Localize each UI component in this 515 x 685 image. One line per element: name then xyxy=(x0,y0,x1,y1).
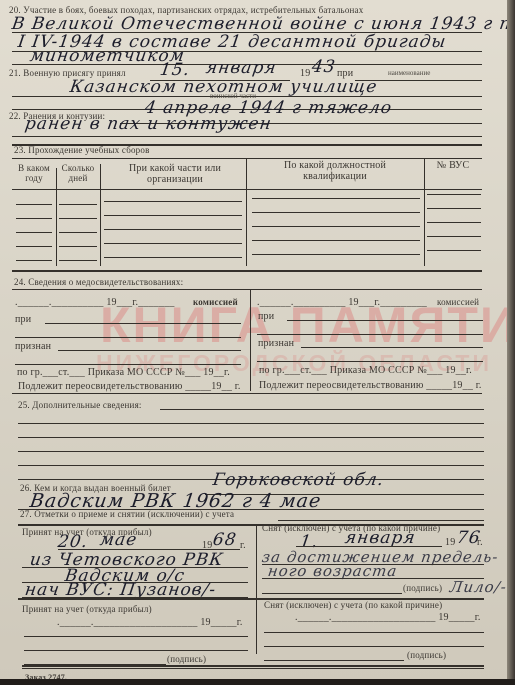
removed-1-month: января xyxy=(344,528,417,548)
rule xyxy=(24,650,248,651)
rule xyxy=(58,350,241,351)
removed-2-signature-label: (подпись) xyxy=(407,650,446,660)
removed-2-date: .______.____________________ 19_____г. xyxy=(295,612,481,623)
rule xyxy=(18,465,484,466)
removed-1-signature-label: (подпись) xyxy=(403,583,442,593)
med-right-recognized: признан xyxy=(258,338,294,349)
removed-1-year-label: г. xyxy=(477,537,483,548)
rule xyxy=(45,323,241,324)
rule xyxy=(59,246,97,247)
rule xyxy=(59,204,97,205)
med-left-at: при xyxy=(15,314,31,325)
section-23-label: 23. Прохождение учебных сборов xyxy=(14,145,150,155)
rule xyxy=(16,218,52,219)
ticket-issuer-line-1: Горьковской обл. xyxy=(212,470,386,490)
col-divider xyxy=(424,158,425,266)
rule xyxy=(252,212,420,213)
rule xyxy=(59,218,97,219)
section-20-line-1: В Великой Отечественной войне с июня 194… xyxy=(11,14,507,34)
caption-name: наименование xyxy=(388,69,430,77)
rule xyxy=(257,361,483,362)
rule xyxy=(427,236,481,237)
med-right-order: по гр.___ст.___ Приказа МО СССР №___ 19_… xyxy=(259,365,472,376)
med-left-date: .______.__________ 19___г._______ xyxy=(15,297,175,308)
rule xyxy=(264,646,484,647)
col-year: В каком году xyxy=(12,163,56,183)
med-right-commission: комиссией xyxy=(437,297,479,307)
rule xyxy=(427,208,481,209)
med-right-date: .______.__________ 19___г._________ xyxy=(257,297,427,308)
accepted-1-year-label: г. xyxy=(240,540,246,551)
rule xyxy=(427,250,481,251)
page-edge-right xyxy=(507,0,515,685)
col-unit: При какой части или организации xyxy=(110,163,240,185)
med-left-order: по гр.___ст.___ Приказа МО СССР №___ 19_… xyxy=(17,367,230,378)
section-25-label: 25. Дополнительные сведения: xyxy=(18,400,142,410)
col-divider xyxy=(100,164,101,266)
accepted-1-month: мае xyxy=(99,530,139,550)
rule xyxy=(18,423,484,424)
med-left-recognized: признан xyxy=(15,341,51,352)
rule xyxy=(104,229,242,230)
military-record-page: КНИГА ПАМЯТИ НИЖЕГОРОДСКОЙ ОБЛАСТИ 20. У… xyxy=(0,0,507,685)
rule xyxy=(18,451,484,452)
section-24-label: 24. Сведения о медосвидетельствованиях: xyxy=(14,277,183,287)
rule xyxy=(252,226,420,227)
accepted-1-year-suffix: 68 xyxy=(212,530,238,550)
rule xyxy=(104,257,242,258)
rule xyxy=(12,136,482,137)
section-27-label: 27. Отметки о приеме и снятии (исключени… xyxy=(20,509,234,519)
rule xyxy=(264,660,404,661)
oath-year-suffix: 43 xyxy=(311,57,337,77)
rule xyxy=(12,393,482,394)
removed-1-signature: Лило/- xyxy=(449,578,507,596)
accepted-2-label: Принят на учет (откуда прибыл) xyxy=(22,604,152,614)
column-divider xyxy=(256,524,257,654)
rule xyxy=(262,593,402,594)
wounds-line-2: ранен в пах и контужен xyxy=(24,114,274,134)
rule xyxy=(15,337,241,338)
rule xyxy=(16,246,52,247)
column-divider xyxy=(250,289,251,391)
oath-month: января xyxy=(205,58,278,78)
rule xyxy=(16,204,52,205)
rule xyxy=(104,201,242,202)
rule xyxy=(24,636,248,637)
accepted-2-signature-label: (подпись) xyxy=(167,654,206,664)
col-divider xyxy=(56,168,57,266)
rule xyxy=(15,364,241,365)
col-days: Сколько дней xyxy=(57,163,99,183)
col-divider xyxy=(246,158,247,266)
rule xyxy=(22,665,484,667)
rule xyxy=(264,632,484,633)
rule xyxy=(278,520,484,521)
rule xyxy=(287,320,483,321)
rule xyxy=(252,240,420,241)
rule xyxy=(252,198,420,199)
rule xyxy=(160,409,484,410)
col-qualification: По какой должностной квалификации xyxy=(260,160,410,182)
rule xyxy=(59,260,97,261)
med-right-at: при xyxy=(258,311,274,322)
removed-2-label: Снят (исключен) с учета (по какой причин… xyxy=(264,600,442,610)
med-left-reexam: Подлежит переосвидетельствованию _____19… xyxy=(18,381,241,392)
page-edge-bottom xyxy=(0,679,515,685)
rule xyxy=(257,334,483,335)
med-left-commission: комиссией xyxy=(193,297,238,307)
accepted-2-date: .______.____________________ 19_____г. xyxy=(57,617,243,628)
rule xyxy=(301,347,483,348)
rule xyxy=(16,260,52,261)
col-vus: № ВУС xyxy=(428,160,478,171)
rule xyxy=(427,194,481,195)
rule xyxy=(252,254,420,255)
rule xyxy=(16,232,52,233)
rule xyxy=(104,215,242,216)
med-right-reexam: Подлежит переосвидетельствованию _____19… xyxy=(259,380,482,391)
rule xyxy=(59,232,97,233)
rule xyxy=(12,289,482,290)
rule xyxy=(18,437,484,438)
rule xyxy=(104,243,242,244)
rule xyxy=(427,222,481,223)
rule xyxy=(22,668,484,669)
rule xyxy=(12,270,482,272)
removed-1-year-prefix: 19 xyxy=(445,537,455,548)
